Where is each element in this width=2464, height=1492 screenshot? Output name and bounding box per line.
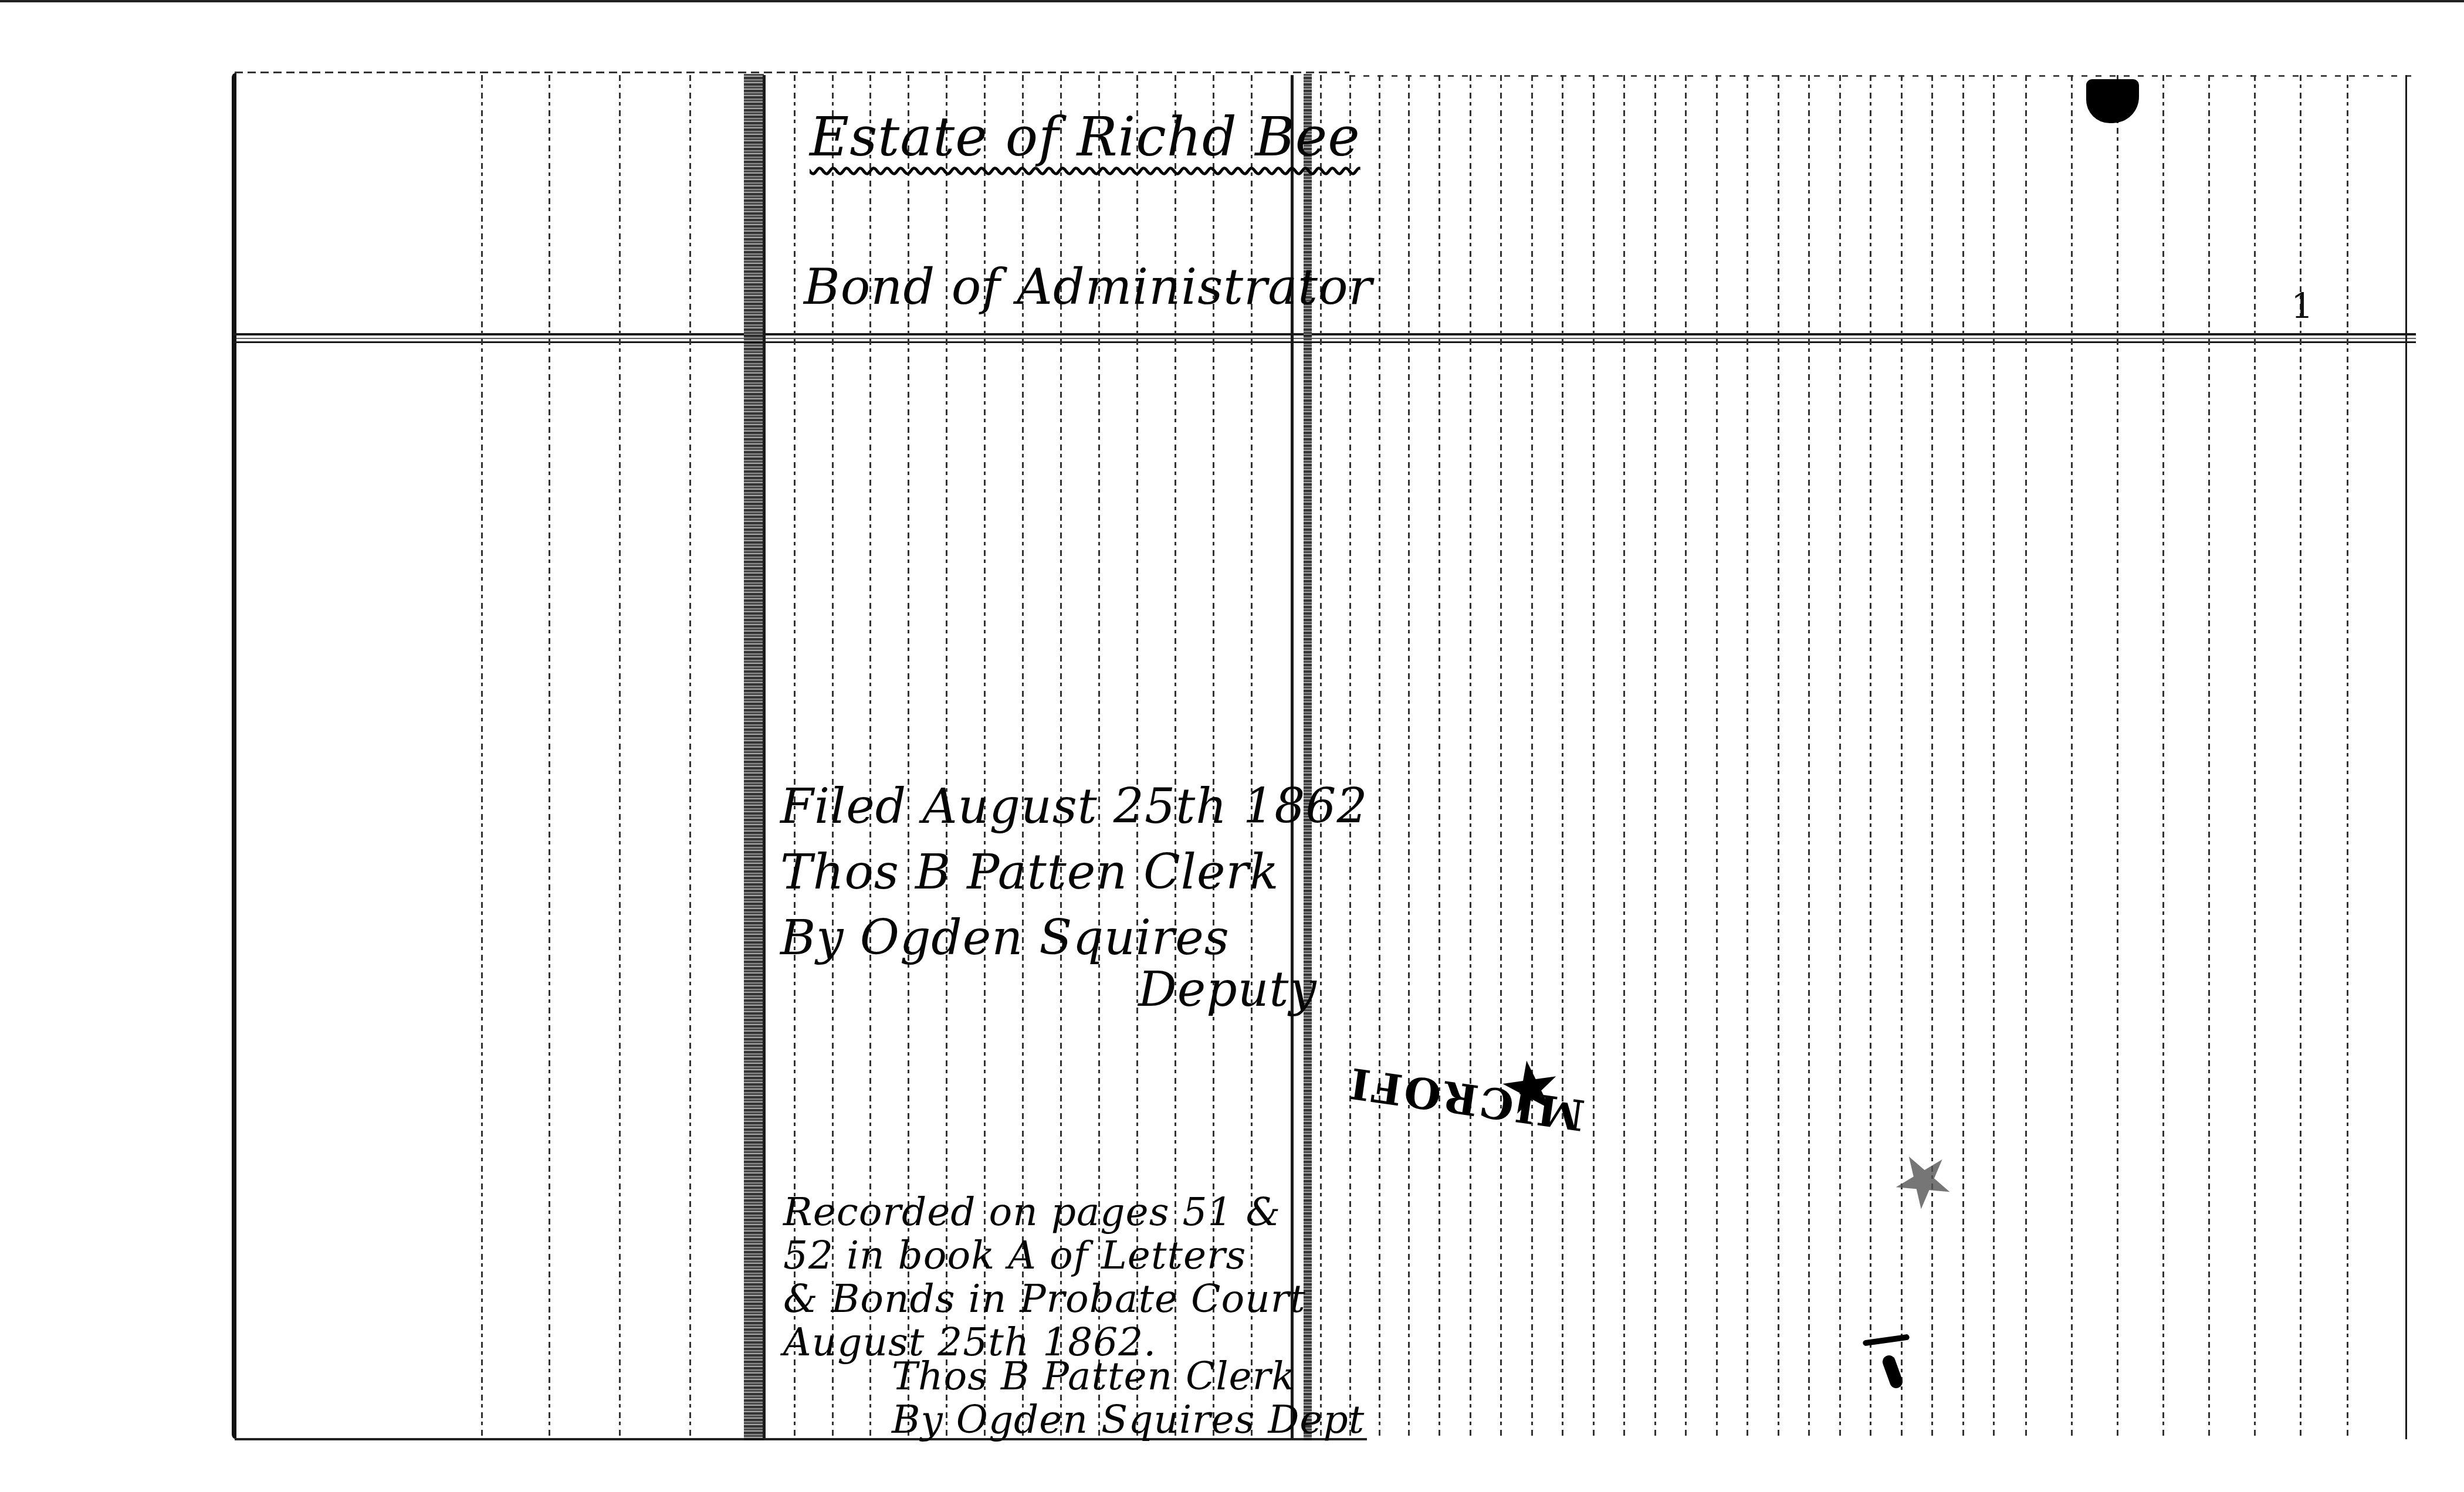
- column-rule: [1747, 75, 1748, 1439]
- column-rule: [1839, 75, 1841, 1439]
- column-rule: [1408, 75, 1410, 1439]
- column-rule: [2025, 75, 2027, 1439]
- column-rule: [2347, 75, 2348, 1439]
- sheet-top-border-right: [1349, 75, 2411, 77]
- column-rule: [1439, 75, 1440, 1439]
- sheet-left-border: [232, 73, 236, 1439]
- column-rule: [1379, 75, 1380, 1439]
- column-rule: [2254, 75, 2256, 1439]
- header-rule-middle: [233, 338, 2416, 339]
- column-rule: [2208, 75, 2210, 1439]
- column-rule: [1623, 75, 1625, 1439]
- recording-signature: Thos B Patten Clerk By Ogden Squires Dep…: [892, 1355, 1365, 1442]
- column-rule: [1470, 75, 1471, 1439]
- signature-line: By Ogden Squires Dept: [892, 1398, 1365, 1442]
- binding-spine-left: [744, 74, 764, 1440]
- header-rule-top: [233, 333, 2416, 335]
- document-subtitle: Bond of Administrator: [804, 258, 1373, 316]
- column-rule: [2162, 75, 2164, 1439]
- recording-line: & Bonds in Probate Court: [783, 1277, 1306, 1321]
- column-rule: [763, 75, 766, 1439]
- column-rule: [1593, 75, 1595, 1439]
- column-rule: [1685, 75, 1687, 1439]
- filing-note: Filed August 25th 1862 Thos B Patten Cle…: [780, 774, 1368, 971]
- column-rule: [1562, 75, 1563, 1439]
- column-rule: [2117, 75, 2118, 1439]
- recording-note: Recorded on pages 51 & 52 in book A of L…: [783, 1191, 1306, 1364]
- column-rule: [1654, 75, 1656, 1439]
- margin-mark: 1: [2291, 286, 2313, 327]
- column-rule: [1870, 75, 1871, 1439]
- column-rule: [1531, 75, 1533, 1439]
- column-rule: [689, 75, 691, 1439]
- column-rule: [1500, 75, 1502, 1439]
- column-rule: [2071, 75, 2073, 1439]
- column-rule: [1931, 75, 1933, 1439]
- column-rule: [2300, 75, 2301, 1439]
- column-rule: [1901, 75, 1903, 1439]
- column-rule: [549, 75, 550, 1439]
- recording-line: Recorded on pages 51 &: [783, 1191, 1306, 1234]
- column-rule: [1808, 75, 1810, 1439]
- filing-role: Deputy: [1138, 962, 1317, 1018]
- signature-line: Thos B Patten Clerk: [892, 1355, 1365, 1398]
- column-rule: [619, 75, 621, 1439]
- scan-top-edge: [0, 0, 2464, 2]
- document-title: Estate of Richd Bee: [810, 106, 1360, 168]
- sheet-top-border-left: [235, 72, 1349, 73]
- sheet-right-edge: [2405, 75, 2407, 1439]
- column-rule: [481, 75, 483, 1439]
- column-rule: [1778, 75, 1779, 1439]
- star-icon: ★: [1889, 1144, 1958, 1220]
- recording-line: 52 in book A of Letters: [783, 1234, 1306, 1277]
- filing-line: Thos B Patten Clerk: [780, 840, 1368, 906]
- column-rule: [1993, 75, 1995, 1439]
- column-rule: [1962, 75, 1964, 1439]
- filing-line: Filed August 25th 1862: [780, 774, 1368, 840]
- column-rule: [1716, 75, 1718, 1439]
- header-rule-bottom: [233, 341, 2416, 343]
